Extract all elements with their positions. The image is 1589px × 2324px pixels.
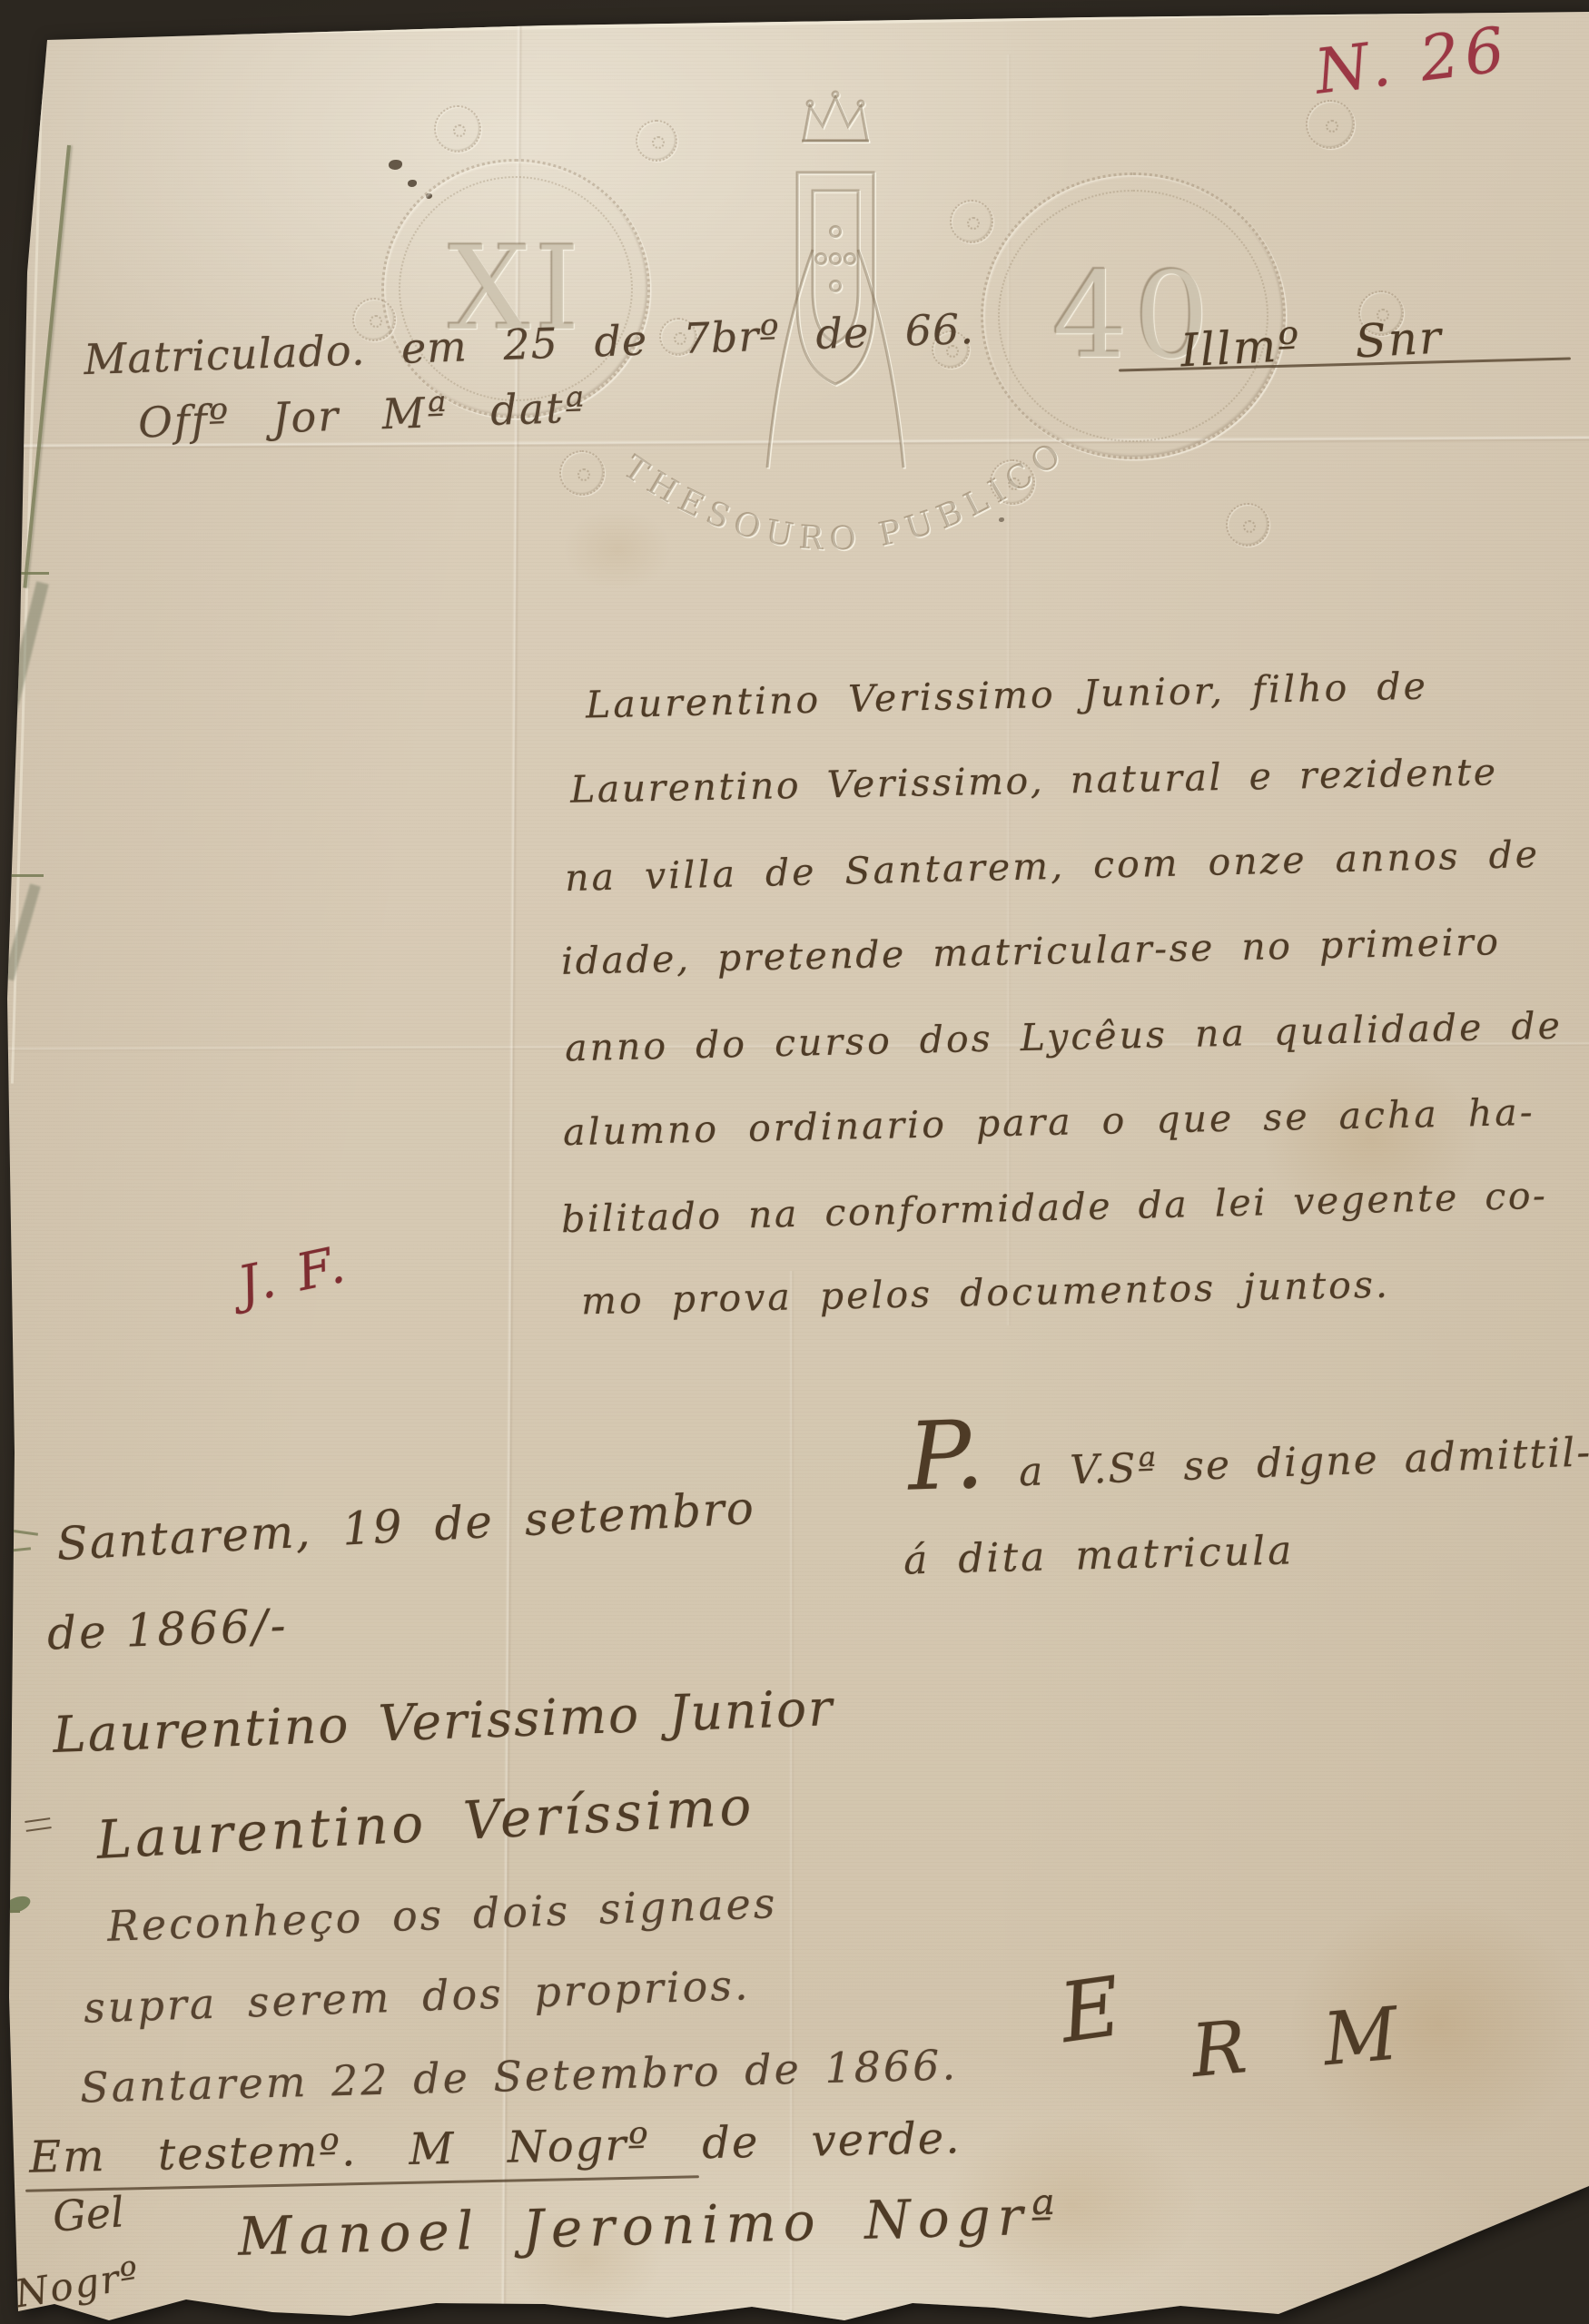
embossed-rosette (636, 120, 677, 162)
archive-number: N. 26 (1311, 14, 1514, 109)
signature-father: Laurentino Veríssimo (95, 1775, 756, 1871)
paper-wrap: XI 40 (0, 0, 1589, 2324)
signature-applicant: Laurentino Verissimo Junior (52, 1679, 834, 1764)
notary-line2: supra serem dos proprios. (83, 1960, 751, 2033)
embossed-rosette (990, 459, 1035, 505)
binding-thread-tail (0, 1910, 20, 1913)
body-line-8: mo prova pelos documentos juntos. (581, 1263, 1391, 1324)
ink-speck (389, 160, 402, 170)
body-line-1: Laurentino Verissimo Junior, filho de (586, 664, 1429, 726)
binding-thread-shadow (3, 883, 40, 980)
notary-signature: Manoel Jeronimo Nogrª (237, 2184, 1063, 2268)
rubric-initials: J. F. (233, 1235, 353, 1315)
seal-arc-text: THESOURO PUBLICO THESOURO PUBLICO (545, 381, 1144, 635)
document-scan: XI 40 (0, 0, 1589, 2324)
body-line-6: alumno ordinario para o que se acha ha- (563, 1090, 1535, 1154)
notary-line1: Reconheço os dois signaes (106, 1878, 778, 1951)
margin-name: Nogrº (12, 2252, 143, 2316)
notary-witness-line: Em testemº. M Nogrº de verde. (29, 2112, 962, 2182)
embossed-rosette (559, 450, 605, 496)
seal-medallion-xi: XI (381, 159, 650, 419)
binding-thread-stitch (7, 572, 49, 575)
petition-formula-line1: P. a V.Sª se digne admittil-o (907, 1400, 1589, 1499)
body-line-4: idade, pretende matricular-se no primeir… (561, 920, 1501, 983)
margin-initial: Gel (51, 2187, 125, 2240)
erm-letters-rm: R M (1188, 1989, 1428, 2093)
binding-thread-loop (2, 1528, 38, 1536)
ink-speck (408, 180, 417, 187)
notary-line3: Santarem 22 de Setembro de 1866. (79, 2040, 958, 2112)
registration-note-line2: Offº Jor Mª datª (137, 382, 587, 447)
paper-sheet: XI 40 (0, 0, 1589, 2324)
petition-formula-line2: á dita matricula (903, 1527, 1295, 1583)
dateline-line1: Santarem, 19 de setembro (55, 1482, 756, 1571)
erm-letter-e: E (1054, 1959, 1127, 2062)
binding-thread (23, 145, 71, 588)
binding-thread-loop (0, 1547, 31, 1553)
body-line-5: anno do curso dos Lycêus na qualidade de (565, 1004, 1564, 1070)
body-line-3: na villa de Santarem, com onze annos de (565, 832, 1541, 900)
embossed-rosette (434, 105, 481, 153)
body-line-7: bilitado na conformidade da lei vegente … (561, 1174, 1548, 1242)
binding-thread-stitch (5, 874, 44, 877)
dateline-line2: de 1866/- (46, 1599, 289, 1659)
body-line-2: Laurentino Verissimo, natural e rezident… (570, 750, 1498, 812)
signature-margin-mark (25, 1817, 51, 1832)
embossed-rosette (950, 200, 993, 243)
embossed-rosette (1226, 503, 1269, 547)
